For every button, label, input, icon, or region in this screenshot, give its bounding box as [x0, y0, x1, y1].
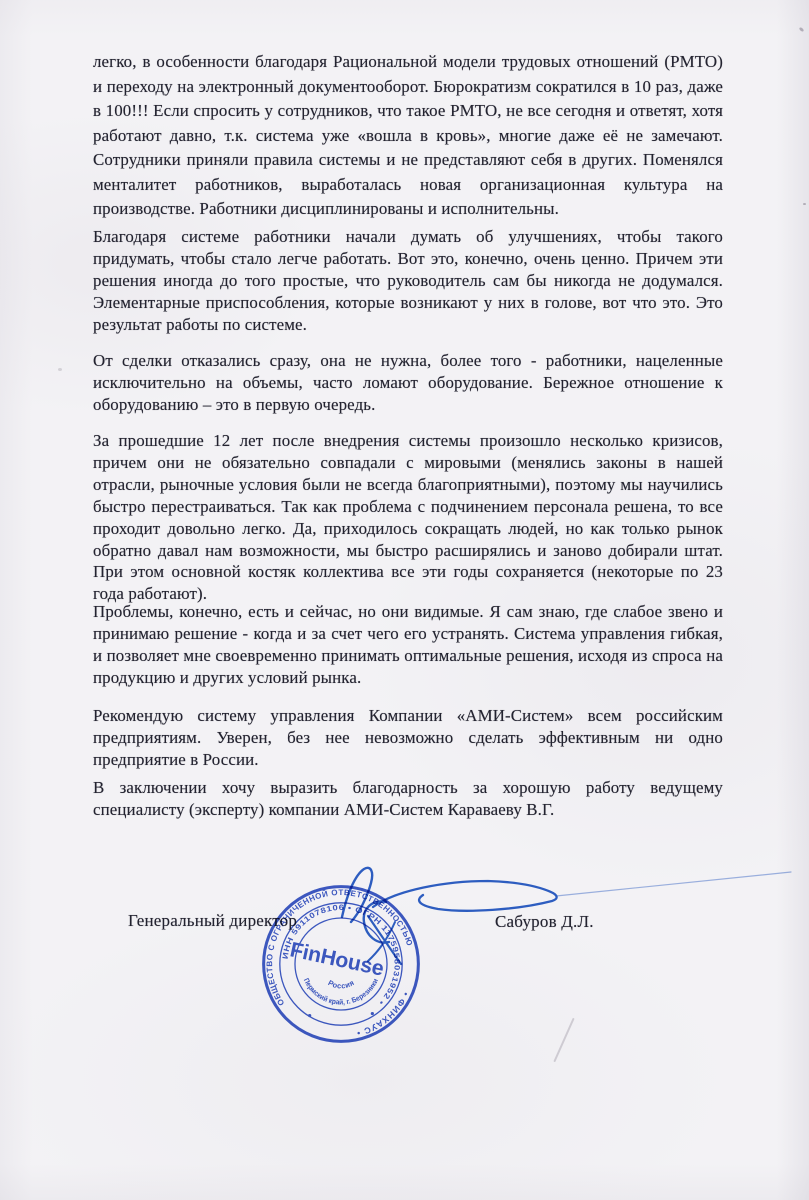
- signature-loop-stroke: [342, 868, 372, 922]
- paper-speck: [58, 368, 62, 371]
- paper-speck: [803, 203, 806, 205]
- handwritten-signature: [0, 0, 809, 1200]
- signature-tail-stroke: [556, 872, 791, 896]
- scanned-letter-page: легко, в особенности благодаря Рациональ…: [0, 0, 809, 1200]
- signature-bowl-stroke: [364, 901, 389, 942]
- signature-flourish-stroke: [373, 881, 557, 911]
